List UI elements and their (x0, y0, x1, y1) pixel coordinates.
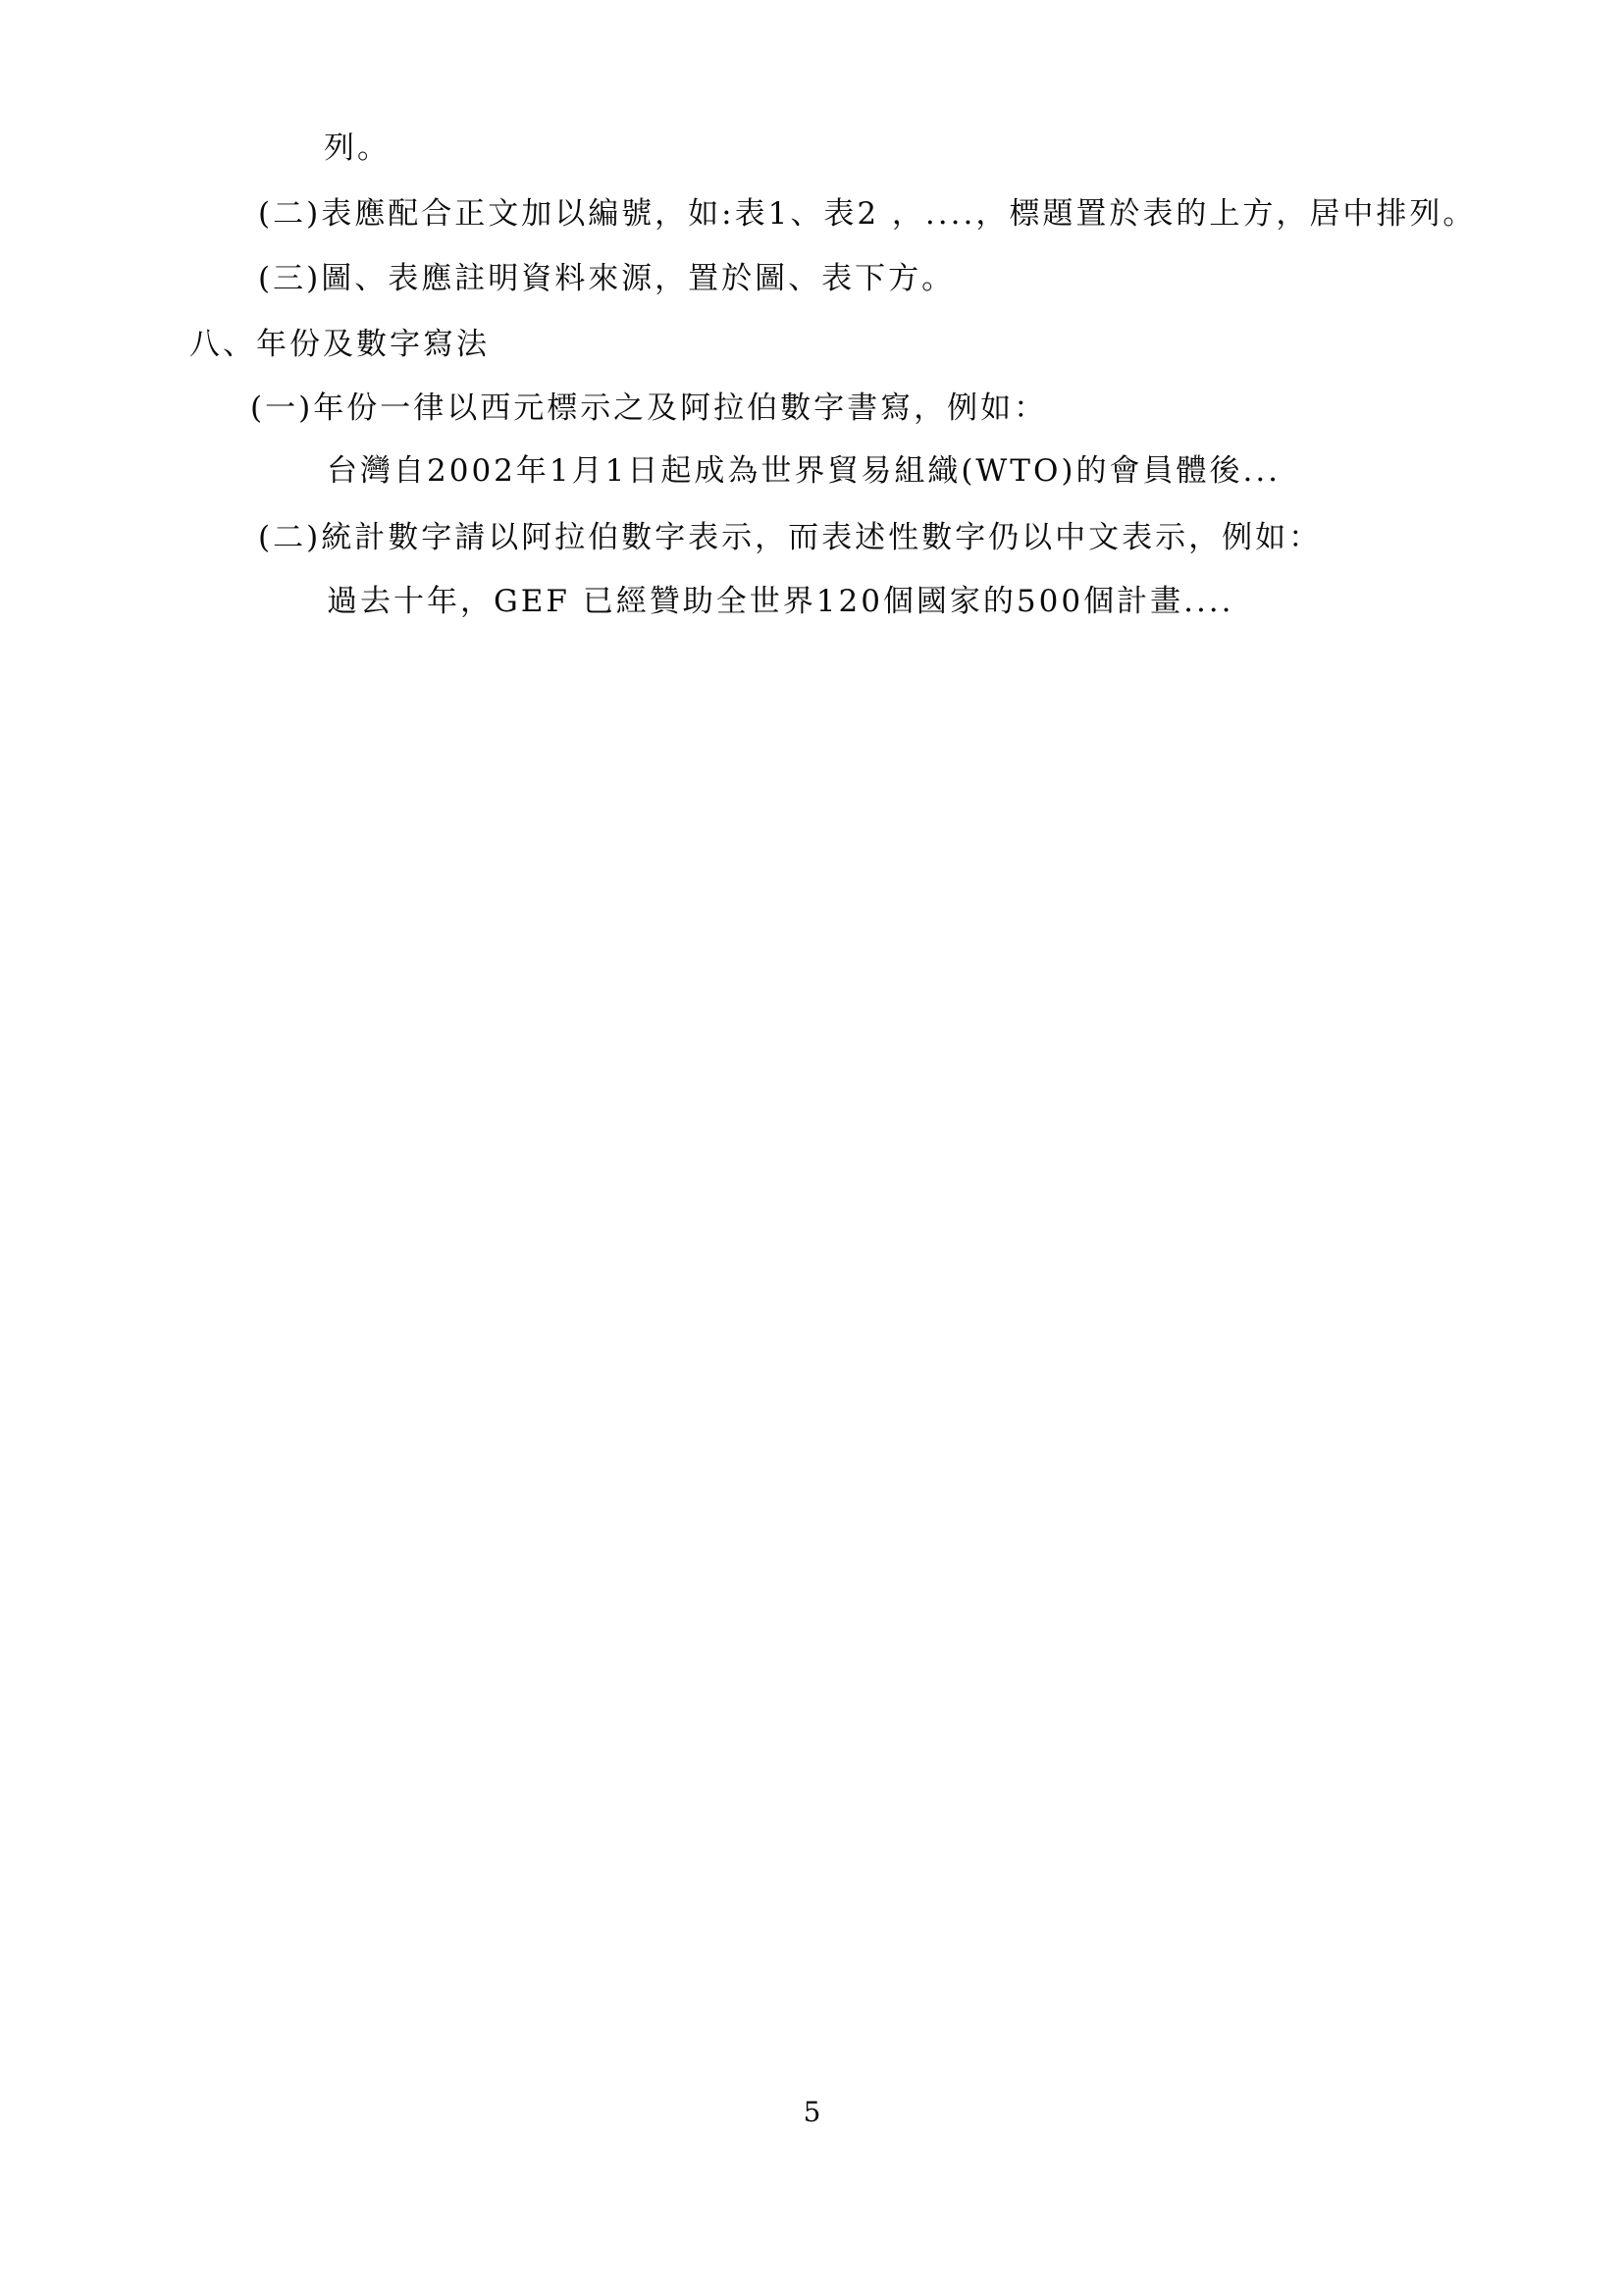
text-line-item-2-tables: (二)表應配合正文加以編號，如:表1、表2 ，....，標題置於表的上方，居中排… (258, 196, 1476, 233)
text-line-example-gef: 過去十年，GEF 已經贊助全世界120個國家的500個計畫.... (327, 584, 1234, 620)
text-line-item-1-years: (一)年份一律以西元標示之及阿拉伯數字書寫，例如： (250, 391, 1047, 427)
text-line-item-2-statistics: (二)統計數字請以阿拉伯數字表示，而表述性數字仍以中文表示，例如： (258, 520, 1322, 556)
text-line-continuation: 列。 (324, 130, 391, 167)
section-heading-8: 八、年份及數字寫法 (189, 327, 490, 363)
page-number: 5 (0, 2096, 1624, 2128)
text-line-item-3-sources: (三)圖、表應註明資料來源，置於圖、表下方。 (258, 261, 955, 297)
document-page: 列。 (二)表應配合正文加以編號，如:表1、表2 ，....，標題置於表的上方，… (0, 0, 1624, 2295)
text-line-example-wto: 台灣自2002年1月1日起成為世界貿易組織(WTO)的會員體後... (327, 453, 1281, 490)
